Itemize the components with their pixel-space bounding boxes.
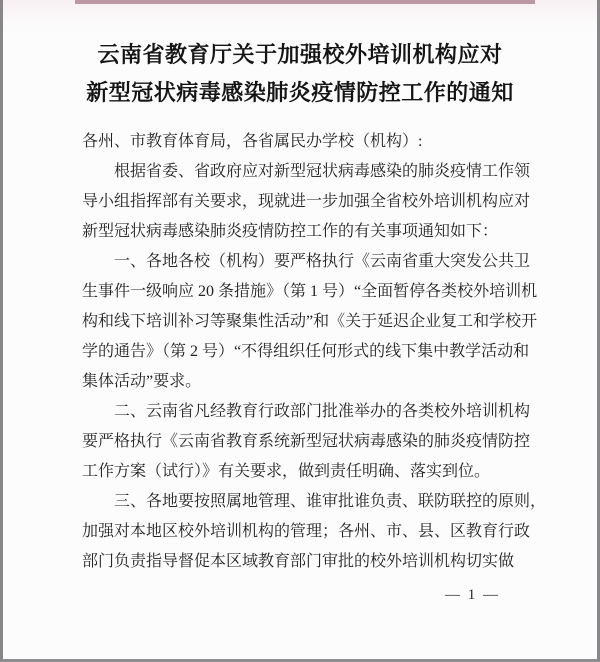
page-number: — 1 — bbox=[3, 580, 597, 610]
document-title: 云南省教育厅关于加强校外培训机构应对 新型冠状病毒感染肺炎疫情防控工作的通知 bbox=[3, 36, 597, 112]
scan-artifact-top-band bbox=[75, 0, 535, 4]
body-line: 根据省委、省政府应对新型冠状病毒感染的肺炎疫情工作领 bbox=[82, 157, 520, 187]
body-line-item-2: 二、云南省凡经教育行政部门批准举办的各类校外培训机构 bbox=[82, 397, 520, 427]
body-line: 构和线下培训补习等聚集性活动”和《关于延迟企业复工和学校开 bbox=[82, 307, 520, 337]
body-line: 集体活动”要求。 bbox=[82, 367, 520, 397]
body-line: 新型冠状病毒感染肺炎疫情防控工作的有关事项通知如下： bbox=[82, 217, 520, 247]
body-line: 部门负责指导督促本区域教育部门审批的校外培训机构切实做 bbox=[82, 547, 520, 577]
body-line: 学的通告》（第 2 号）“不得组织任何形式的线下集中教学活动和 bbox=[82, 337, 520, 367]
title-line-1: 云南省教育厅关于加强校外培训机构应对 bbox=[3, 36, 597, 74]
body-line-salutation: 各州、市教育体育局，各省属民办学校（机构）: bbox=[82, 127, 520, 157]
body-line: 生事件一级响应 20 条措施》（第 1 号）“全面暂停各类校外培训机 bbox=[82, 277, 520, 307]
body-line: 加强对本地区校外培训机构的管理；各州、市、县、区教育行政 bbox=[82, 517, 520, 547]
scanned-document-page: 云南省教育厅关于加强校外培训机构应对 新型冠状病毒感染肺炎疫情防控工作的通知 各… bbox=[0, 0, 600, 662]
body-line-item-1: 一、各地各校（机构）要严格执行《云南省重大突发公共卫 bbox=[82, 247, 520, 277]
title-line-2: 新型冠状病毒感染肺炎疫情防控工作的通知 bbox=[3, 74, 597, 112]
body-line-item-3: 三、各地要按照属地管理、谁审批谁负责、联防联控的原则， bbox=[82, 487, 520, 517]
body-line: 要严格执行《云南省教育系统新型冠状病毒感染的肺炎疫情防控 bbox=[82, 427, 520, 457]
document-body: 各州、市教育体育局，各省属民办学校（机构）: 根据省委、省政府应对新型冠状病毒感… bbox=[3, 127, 597, 577]
body-line: 工作方案（试行）》有关要求，做到责任明确、落实到位。 bbox=[82, 457, 520, 487]
body-line: 导小组指挥部有关要求，现就进一步加强全省校外培训机构应对 bbox=[82, 187, 520, 217]
